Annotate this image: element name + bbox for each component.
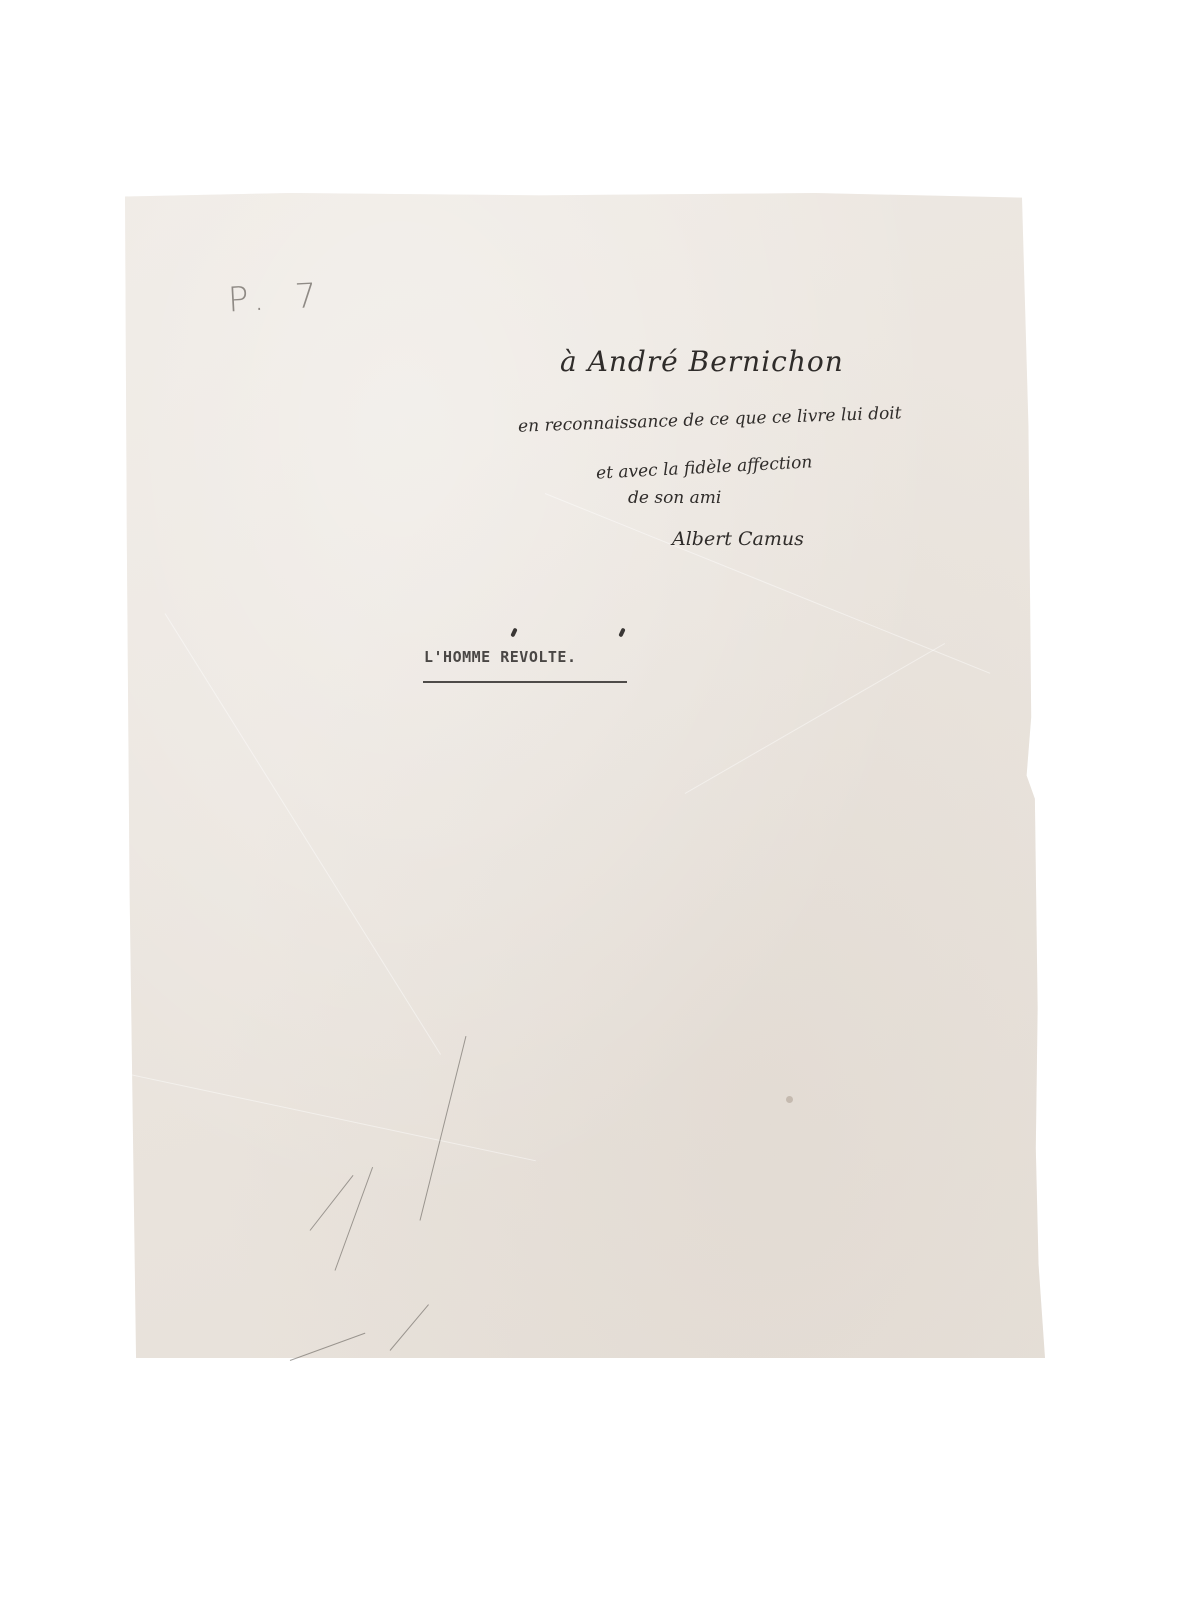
paper-stain (786, 1096, 793, 1103)
paper-crease (125, 1073, 536, 1161)
dedication-recipient: à André Bernichon (560, 345, 844, 378)
paper-crease (165, 613, 441, 1055)
author-signature: Albert Camus (672, 528, 804, 550)
title-underline (423, 681, 627, 683)
paper-crease (545, 493, 990, 674)
dedication-line-friend: de son ami (628, 488, 721, 508)
typed-book-title: L'HOMME REVOLTE. (424, 648, 577, 666)
page-number-annotation: P. 7 (227, 275, 327, 320)
paper-crease (685, 643, 945, 794)
